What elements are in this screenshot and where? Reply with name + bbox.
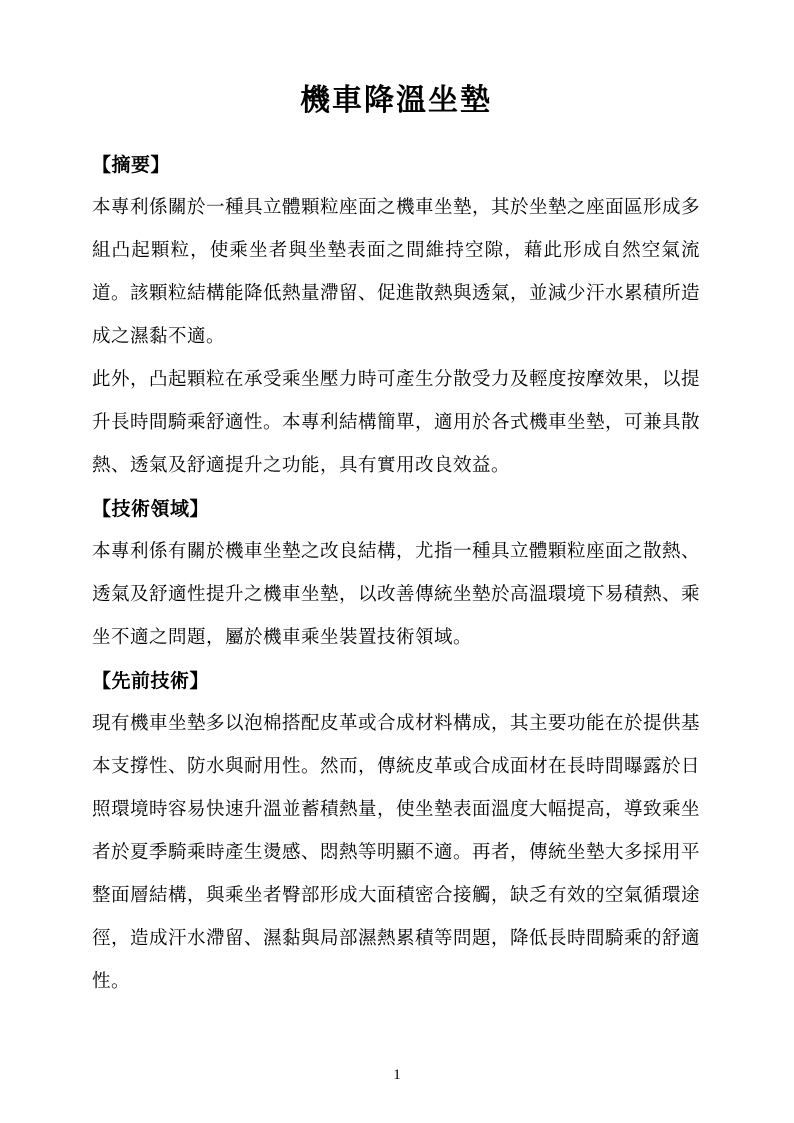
paragraph: 本專利係有關於機車坐墊之改良結構，尤指一種具立體顆粒座面之散熱、透氣及舒適性提升… [92, 531, 700, 660]
section-heading-prior-art: 【先前技術】 [92, 660, 700, 703]
section-abstract: 【摘要】 本專利係關於一種具立體顆粒座面之機車坐墊，其於坐墊之座面區形成多組凸起… [92, 144, 700, 488]
section-technical-field: 【技術領域】 本專利係有關於機車坐墊之改良結構，尤指一種具立體顆粒座面之散熱、透… [92, 488, 700, 660]
patent-document-page: 機車降溫坐墊 【摘要】 本專利係關於一種具立體顆粒座面之機車坐墊，其於坐墊之座面… [0, 0, 794, 1123]
section-heading-abstract: 【摘要】 [92, 144, 700, 187]
page-number: 1 [0, 1066, 794, 1084]
paragraph: 本專利係關於一種具立體顆粒座面之機車坐墊，其於坐墊之座面區形成多組凸起顆粒，使乘… [92, 187, 700, 359]
paragraph: 此外，凸起顆粒在承受乘坐壓力時可產生分散受力及輕度按摩效果，以提升長時間騎乘舒適… [92, 359, 700, 488]
section-prior-art: 【先前技術】 現有機車坐墊多以泡棉搭配皮革或合成材料構成，其主要功能在於提供基本… [92, 660, 700, 1004]
paragraph: 現有機車坐墊多以泡棉搭配皮革或合成材料構成，其主要功能在於提供基本支撐性、防水與… [92, 703, 700, 1004]
section-heading-technical-field: 【技術領域】 [92, 488, 700, 531]
document-title: 機車降溫坐墊 [92, 82, 700, 120]
